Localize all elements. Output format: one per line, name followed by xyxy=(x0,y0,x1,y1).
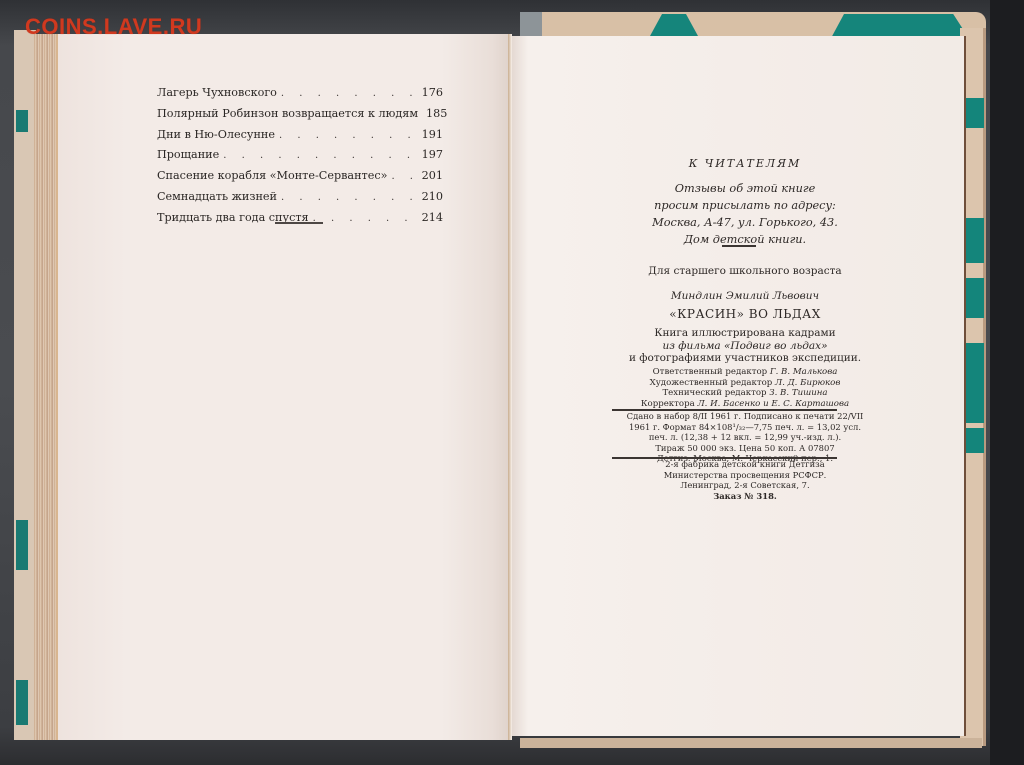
feedback-address: Отзывы об этой книге просим присылать по… xyxy=(560,180,930,248)
address-line: Отзывы об этой книге xyxy=(560,180,930,197)
toc-entry-title: Прощание xyxy=(157,148,219,161)
watermark: COINS.LAVE.RU xyxy=(25,14,202,40)
credit-line: Ответственный редактор Г. В. Малькова xyxy=(560,367,930,378)
toc-entry-page: 176 xyxy=(419,86,443,99)
toc-entry-page: 201 xyxy=(419,169,443,182)
print-line: печ. л. (12,38 + 12 вкл. = 12,99 уч.-изд… xyxy=(560,432,930,443)
toc-entry: Полярный Робинзон возвращается к людям .… xyxy=(157,107,443,128)
toc-leader-dots: . . . . . . . . . . . xyxy=(281,192,415,203)
age-group: Для старшего школьного возраста xyxy=(560,265,930,277)
credit-line: Технический редактор З. В. Тишина xyxy=(560,388,930,399)
toc-entry-title: Дни в Ню-Олесунне xyxy=(157,128,275,141)
toc-entry: Спасение корабля «Монте-Сервантес» . . .… xyxy=(157,169,443,190)
toc-entry-page: 197 xyxy=(419,148,443,161)
reader-heading: К ЧИТАТЕЛЯМ xyxy=(560,157,930,170)
credit-role: Корректора xyxy=(641,399,695,409)
book-title: «КРАСИН» ВО ЛЬДАХ xyxy=(560,307,930,321)
description-line: Книга иллюстрирована кадрами xyxy=(560,327,930,340)
book-gutter xyxy=(508,34,512,740)
credit-line: Корректора Л. И. Басенко и Е. С. Карташо… xyxy=(560,399,930,410)
credit-line: Художественный редактор Л. Д. Бирюков xyxy=(560,378,930,389)
toc-leader-dots: . . . . . . . . . . . xyxy=(281,88,415,99)
print-line: Тираж 50 000 экз. Цена 50 коп. А 07807 xyxy=(560,443,930,454)
toc-entry: Лагерь Чухновского . . . . . . . . . . .… xyxy=(157,86,443,107)
toc-entry-title: Семнадцать жизней xyxy=(157,190,277,203)
table-of-contents: Лагерь Чухновского . . . . . . . . . . .… xyxy=(157,86,443,232)
factory-line: Министерства просвещения РСФСР. xyxy=(560,470,930,481)
factory-line: 2-я фабрика детской книги Детгиза xyxy=(560,459,930,470)
book-description: Книга иллюстрирована кадрами из фильма «… xyxy=(560,327,930,365)
toc-entry-title: Полярный Робинзон возвращается к людям xyxy=(157,107,418,120)
credit-role: Художественный редактор xyxy=(650,378,773,388)
print-details: Сдано в набор 8/II 1961 г. Подписано к п… xyxy=(560,411,930,464)
print-line: Сдано в набор 8/II 1961 г. Подписано к п… xyxy=(560,411,930,422)
book-cover-left-edge xyxy=(14,30,36,740)
editorial-credits: Ответственный редактор Г. В. Малькова Ху… xyxy=(560,367,930,409)
book-cover-bottom xyxy=(520,738,982,748)
toc-entry-title: Спасение корабля «Монте-Сервантес» xyxy=(157,169,387,182)
toc-entry-title: Лагерь Чухновского xyxy=(157,86,277,99)
divider-rule xyxy=(722,245,756,247)
toc-entry-page: 210 xyxy=(419,190,443,203)
scanner-edge xyxy=(990,0,1024,765)
toc-entry-page: 214 xyxy=(419,211,443,224)
page-edges-left xyxy=(34,34,58,740)
toc-leader-dots: . . . . . . . . . xyxy=(313,213,415,224)
credit-name: З. В. Тишина xyxy=(769,388,827,398)
credit-name: Л. И. Басенко и Е. С. Карташова xyxy=(697,399,849,409)
print-line: 1961 г. Формат 84×108¹/₃₂—7,75 печ. л. =… xyxy=(560,422,930,433)
author-name: Миндлин Эмилий Львович xyxy=(560,290,930,302)
address-line: просим присылать по адресу: xyxy=(560,197,930,214)
toc-entry-page: 185 xyxy=(426,107,447,120)
toc-entry-page: 191 xyxy=(419,128,443,141)
toc-entry: Дни в Ню-Олесунне . . . . . . . . . . . … xyxy=(157,128,443,149)
toc-entry: Семнадцать жизней . . . . . . . . . . . … xyxy=(157,190,443,211)
toc-leader-dots: . . . xyxy=(391,171,415,182)
toc-leader-dots: . . . . . . . . . . . . . . xyxy=(223,150,415,161)
credit-name: Г. В. Малькова xyxy=(770,367,837,377)
divider-rule xyxy=(275,222,323,224)
printer-details: 2-я фабрика детской книги Детгиза Минист… xyxy=(560,459,930,501)
toc-entry: Прощание . . . . . . . . . . . . . . 197 xyxy=(157,148,443,169)
order-number: Заказ № 318. xyxy=(560,491,930,502)
credit-role: Технический редактор xyxy=(662,388,766,398)
description-line: из фильма «Подвиг во льдах» xyxy=(560,340,930,353)
credit-name: Л. Д. Бирюков xyxy=(775,378,840,388)
toc-leader-dots: . . . . . . . . . . . xyxy=(279,130,415,141)
factory-line: Ленинград, 2-я Советская, 7. xyxy=(560,480,930,491)
credit-role: Ответственный редактор xyxy=(653,367,768,377)
address-line: Москва, А-47, ул. Горького, 43. xyxy=(560,214,930,231)
description-line: и фотографиями участников экспедиции. xyxy=(560,352,930,365)
